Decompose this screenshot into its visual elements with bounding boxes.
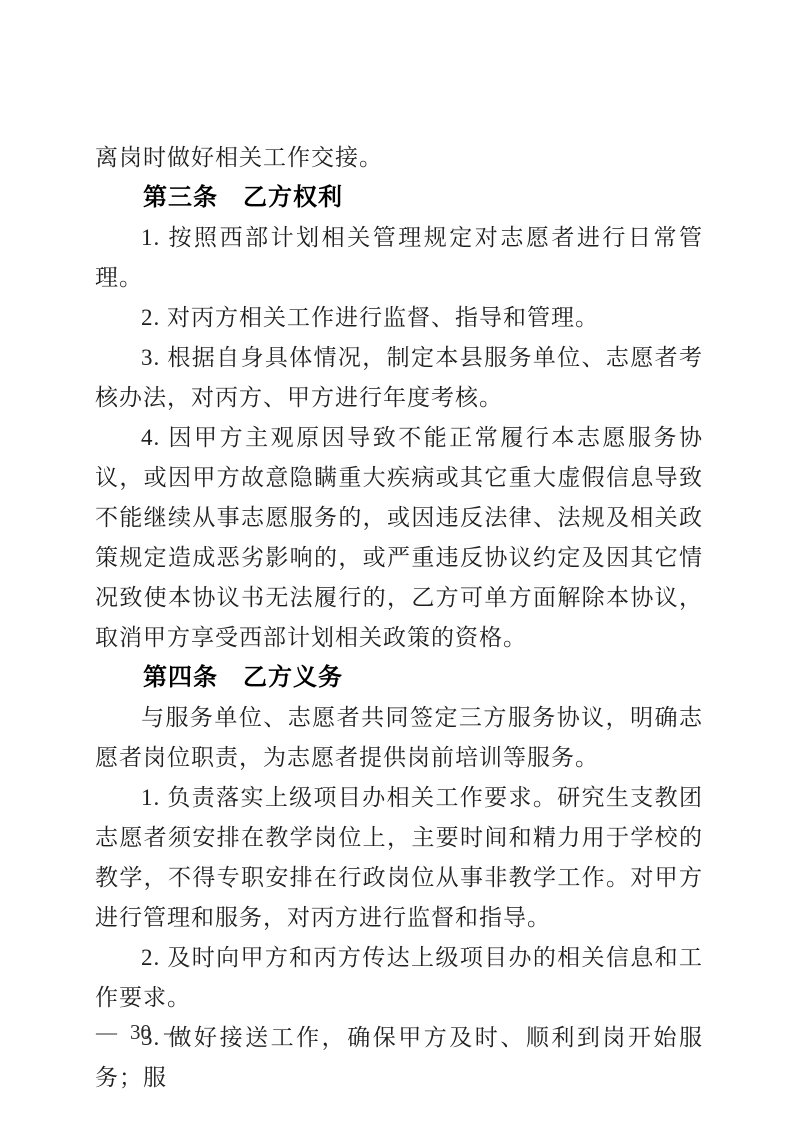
footer-dash-right: — xyxy=(164,1018,185,1046)
paragraph: 1. 按照西部计划相关管理规定对志愿者进行日常管理。 xyxy=(95,218,703,298)
paragraph: 2. 及时向甲方和丙方传达上级项目办的相关信息和工作要求。 xyxy=(95,938,703,1018)
paragraph: 与服务单位、志愿者共同签定三方服务协议，明确志愿者岗位职责，为志愿者提供岗前培训… xyxy=(95,698,703,778)
footer-dash-left: — xyxy=(96,1018,117,1046)
page-footer: — 30 — xyxy=(96,1018,185,1046)
paragraph: 3. 根据自身具体情况，制定本县服务单位、志愿者考核办法，对丙方、甲方进行年度考… xyxy=(95,338,703,418)
document-page: 离岗时做好相关工作交接。第三条 乙方权利1. 按照西部计划相关管理规定对志愿者进… xyxy=(0,0,793,1122)
document-body: 离岗时做好相关工作交接。第三条 乙方权利1. 按照西部计划相关管理规定对志愿者进… xyxy=(95,138,703,1098)
paragraph: 离岗时做好相关工作交接。 xyxy=(95,138,703,178)
paragraph: 4. 因甲方主观原因导致不能正常履行本志愿服务协议，或因甲方故意隐瞒重大疾病或其… xyxy=(95,418,703,658)
paragraph: 3. 做好接送工作，确保甲方及时、顺利到岗开始服务；服 xyxy=(95,1018,703,1098)
section-heading: 第三条 乙方权利 xyxy=(95,178,703,218)
page-number: 30 xyxy=(130,1018,151,1046)
paragraph: 1. 负责落实上级项目办相关工作要求。研究生支教团志愿者须安排在教学岗位上，主要… xyxy=(95,778,703,938)
section-heading: 第四条 乙方义务 xyxy=(95,658,703,698)
paragraph: 2. 对丙方相关工作进行监督、指导和管理。 xyxy=(95,298,703,338)
